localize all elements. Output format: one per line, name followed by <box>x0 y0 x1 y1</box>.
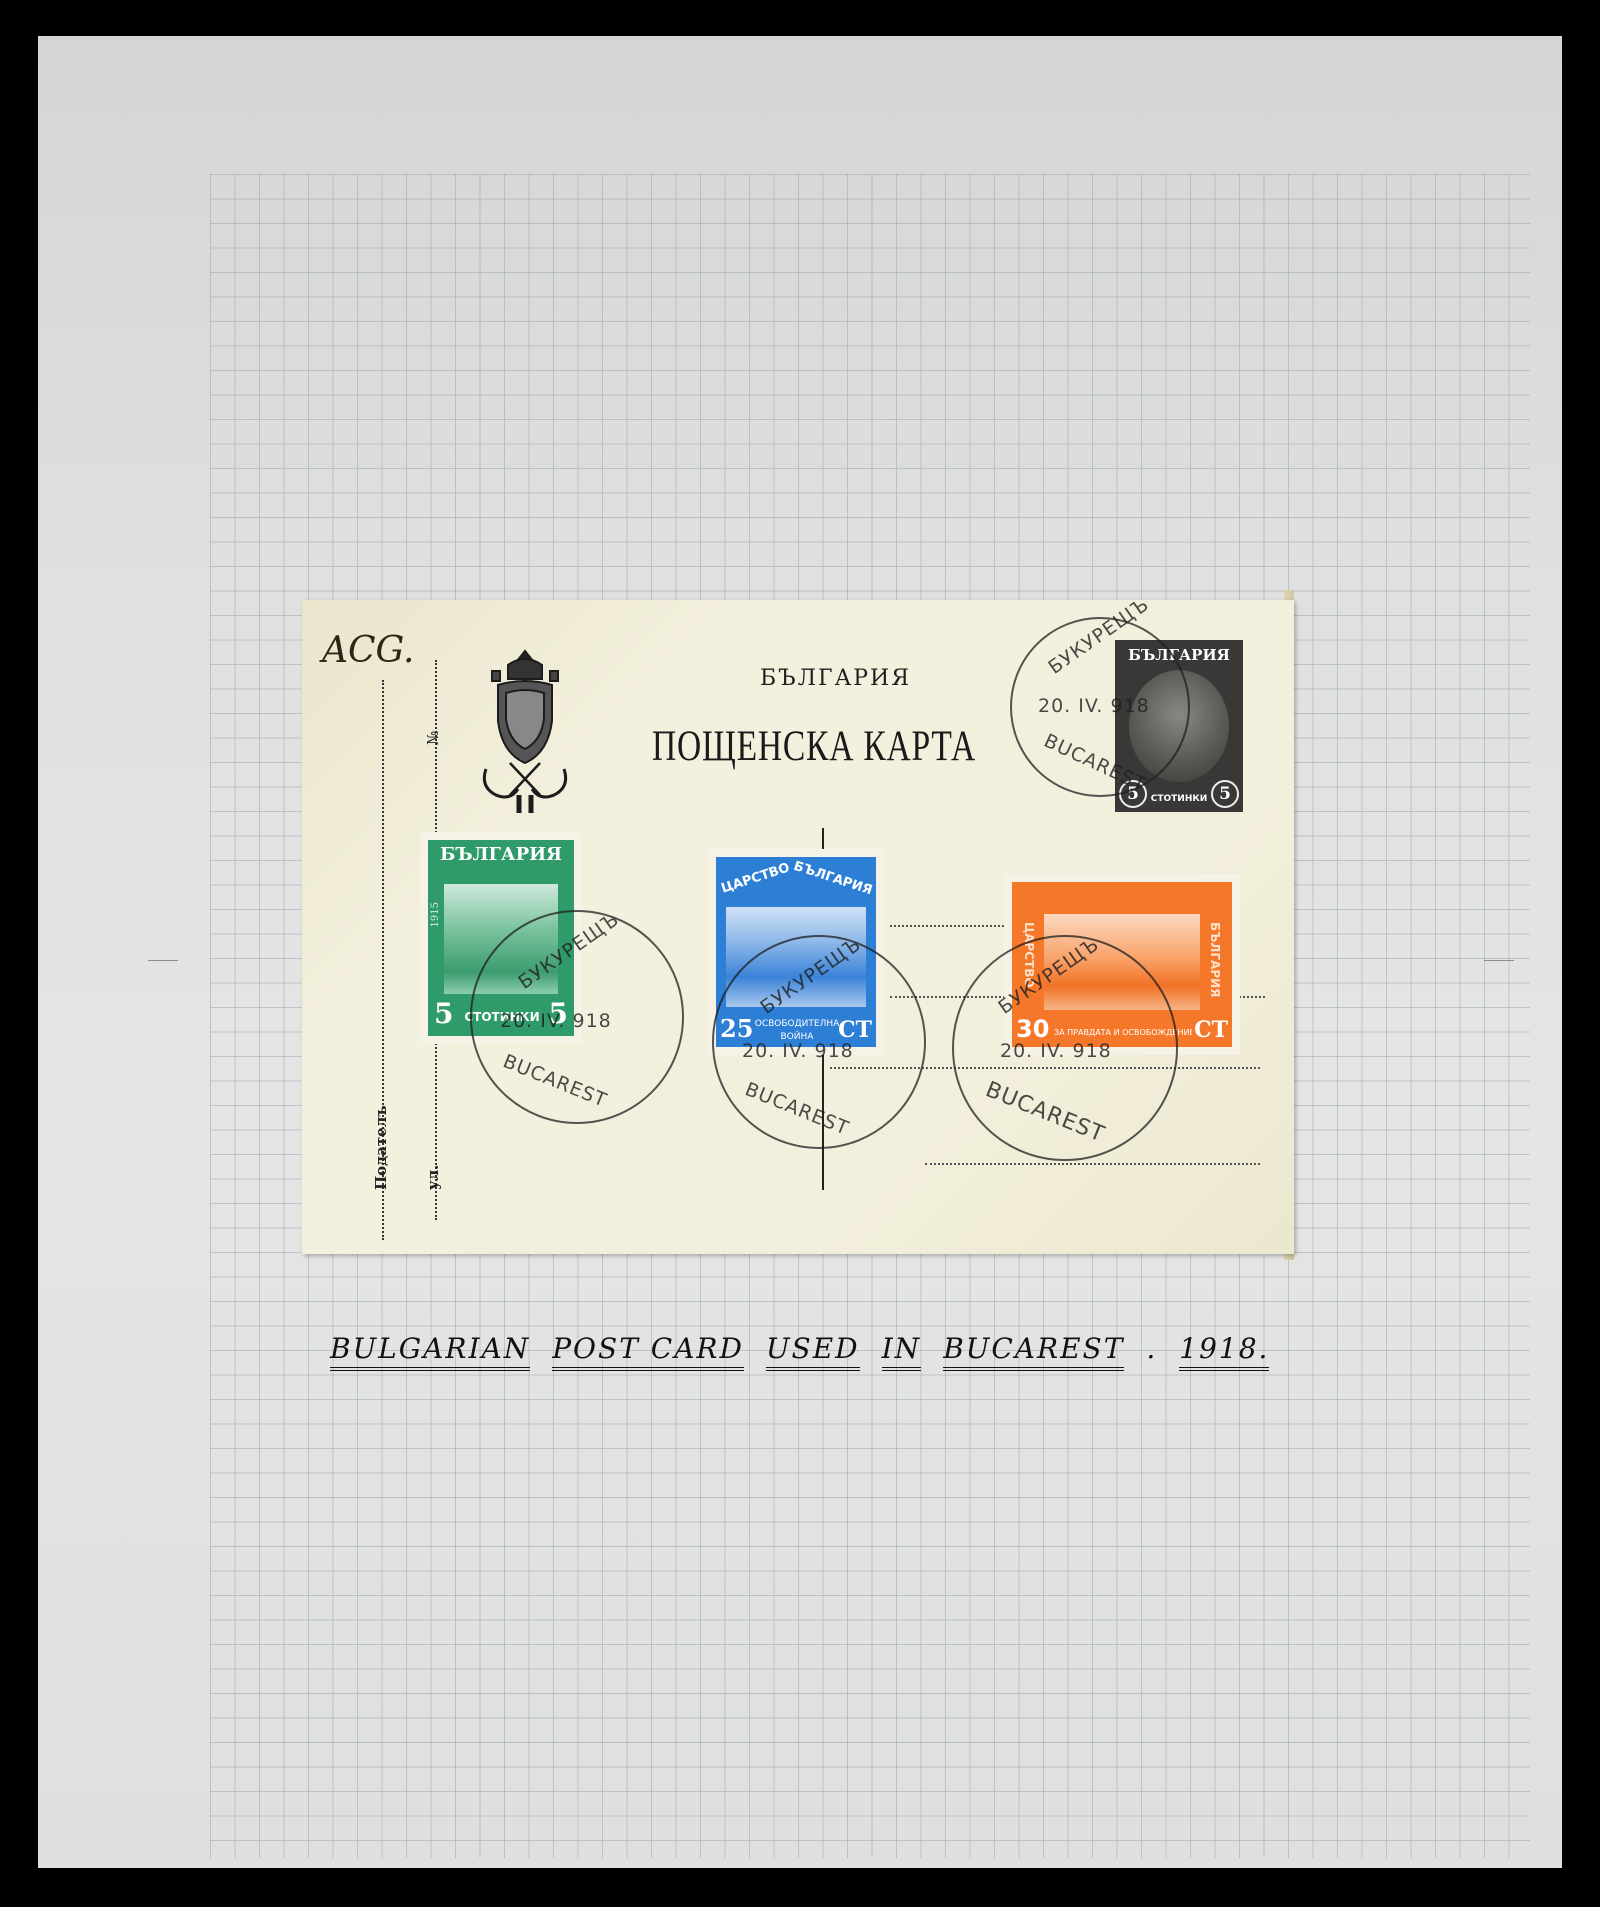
caption-word: IN <box>882 1332 922 1371</box>
card-heading-country: БЪЛГАРИЯ <box>760 666 911 691</box>
caption-word: 1918. <box>1179 1332 1269 1371</box>
stamp-top-right: БЪЛГАРИЯ <box>792 859 874 899</box>
postmark-4-date: 20. IV. 918 <box>1000 1040 1112 1062</box>
stamp-side-right: БЪЛГАРИЯ <box>1208 922 1222 997</box>
handwritten-caption: BULGARIANPOST CARDUSEDINBUCAREST.1918. <box>330 1332 1291 1365</box>
coat-of-arms-icon <box>478 645 572 817</box>
address-line-4 <box>925 1163 1260 1165</box>
imprinted-value-right: 5 <box>1211 780 1239 808</box>
stamp-year: 1915 <box>430 902 441 927</box>
pencil-annotation: ACG. <box>322 630 414 671</box>
sender-label: Подателъ <box>372 1105 390 1190</box>
card-heading-title: ПОЩЕНСКА КАРТА <box>652 722 976 771</box>
stamp-top-left: ЦАРСТВО <box>719 860 791 896</box>
margin-tick-left <box>148 960 178 961</box>
caption-word: . <box>1146 1332 1157 1367</box>
imprinted-denomination: СТОТИНКИ <box>1149 794 1209 804</box>
caption-word: BULGARIAN <box>330 1332 530 1371</box>
stamp-currency: СТ <box>1194 1017 1228 1043</box>
postmark-1-date: 20. IV. 918 <box>1038 695 1150 717</box>
postmark-2-date: 20. IV. 918 <box>500 1010 612 1032</box>
number-label: № <box>424 731 442 745</box>
caption-word: POST CARD <box>552 1332 744 1371</box>
postmark-3-date: 20. IV. 918 <box>742 1040 854 1062</box>
caption-word: USED <box>766 1332 860 1371</box>
margin-tick-right <box>1484 960 1514 961</box>
street-label: ул. <box>424 1165 442 1190</box>
stamp-value-left: 5 <box>434 997 453 1030</box>
stamp-country: БЪЛГАРИЯ <box>428 844 574 865</box>
caption-word: BUCAREST <box>943 1332 1124 1371</box>
